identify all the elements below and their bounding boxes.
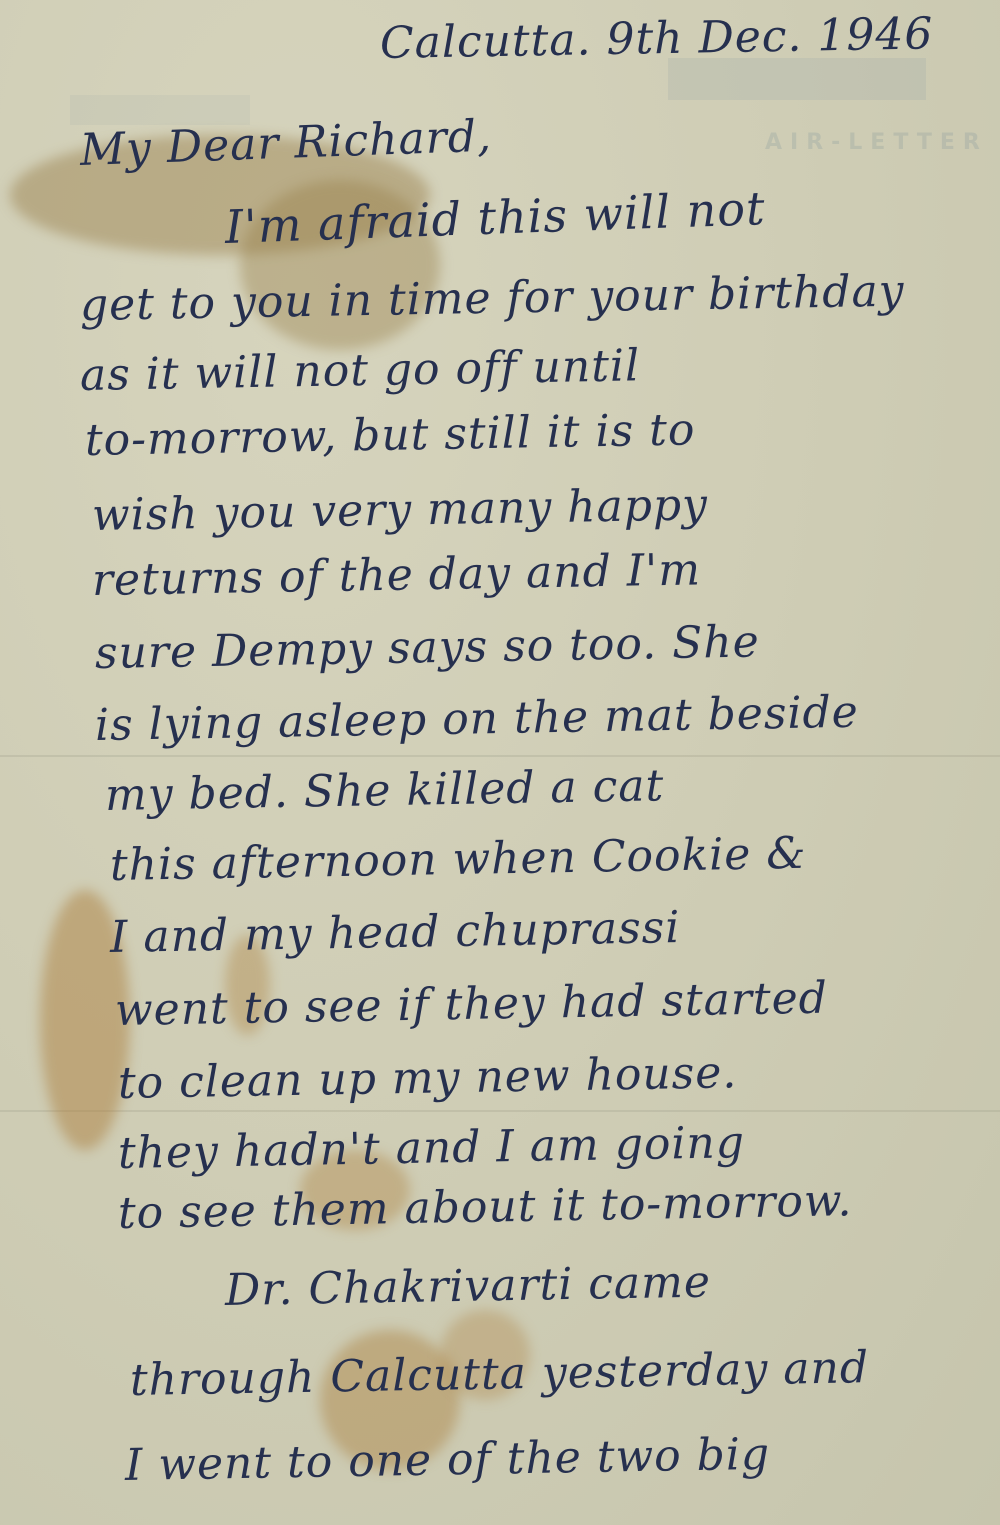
letter-line: get to you in time for your birthday (80, 266, 905, 331)
letter-line: through Calcutta yesterday and (130, 1342, 870, 1406)
letter-line: to-morrow, but still it is to (85, 404, 696, 466)
letter-line: as it will not go off until (80, 340, 641, 401)
letter-line: wish you very many happy (92, 479, 709, 541)
letter-line: went to see if they had started (115, 973, 829, 1036)
preprinted-air-letter-label: AIR-LETTER (765, 130, 988, 155)
letter-place-date: Calcutta. 9th Dec. 1946 (380, 8, 934, 69)
letter-line: I and my head chuprassi (110, 902, 681, 963)
letter-line: my bed. She killed a cat (105, 760, 665, 821)
letter-line: returns of the day and I'm (92, 544, 702, 606)
letter-line: is lying asleep on the mat beside (95, 687, 860, 751)
letter-line: to clean up my new house. (118, 1047, 738, 1109)
preprinted-stamp-box (668, 58, 926, 100)
letter-line: to see them about it to-morrow. (118, 1175, 853, 1239)
letter-line: this afternoon when Cookie & (110, 828, 807, 891)
letter-line: Dr. Chakrivarti came (225, 1257, 712, 1316)
fold-line (0, 1110, 1000, 1112)
fold-line (0, 755, 1000, 757)
letter-line: sure Dempy says so too. She (95, 616, 760, 679)
letter-line: I went to one of the two big (125, 1429, 771, 1491)
letter-line: they hadn't and I am going (118, 1117, 746, 1179)
letter-page: AIR-LETTER Calcutta. 9th Dec. 1946 My De… (0, 0, 1000, 1525)
